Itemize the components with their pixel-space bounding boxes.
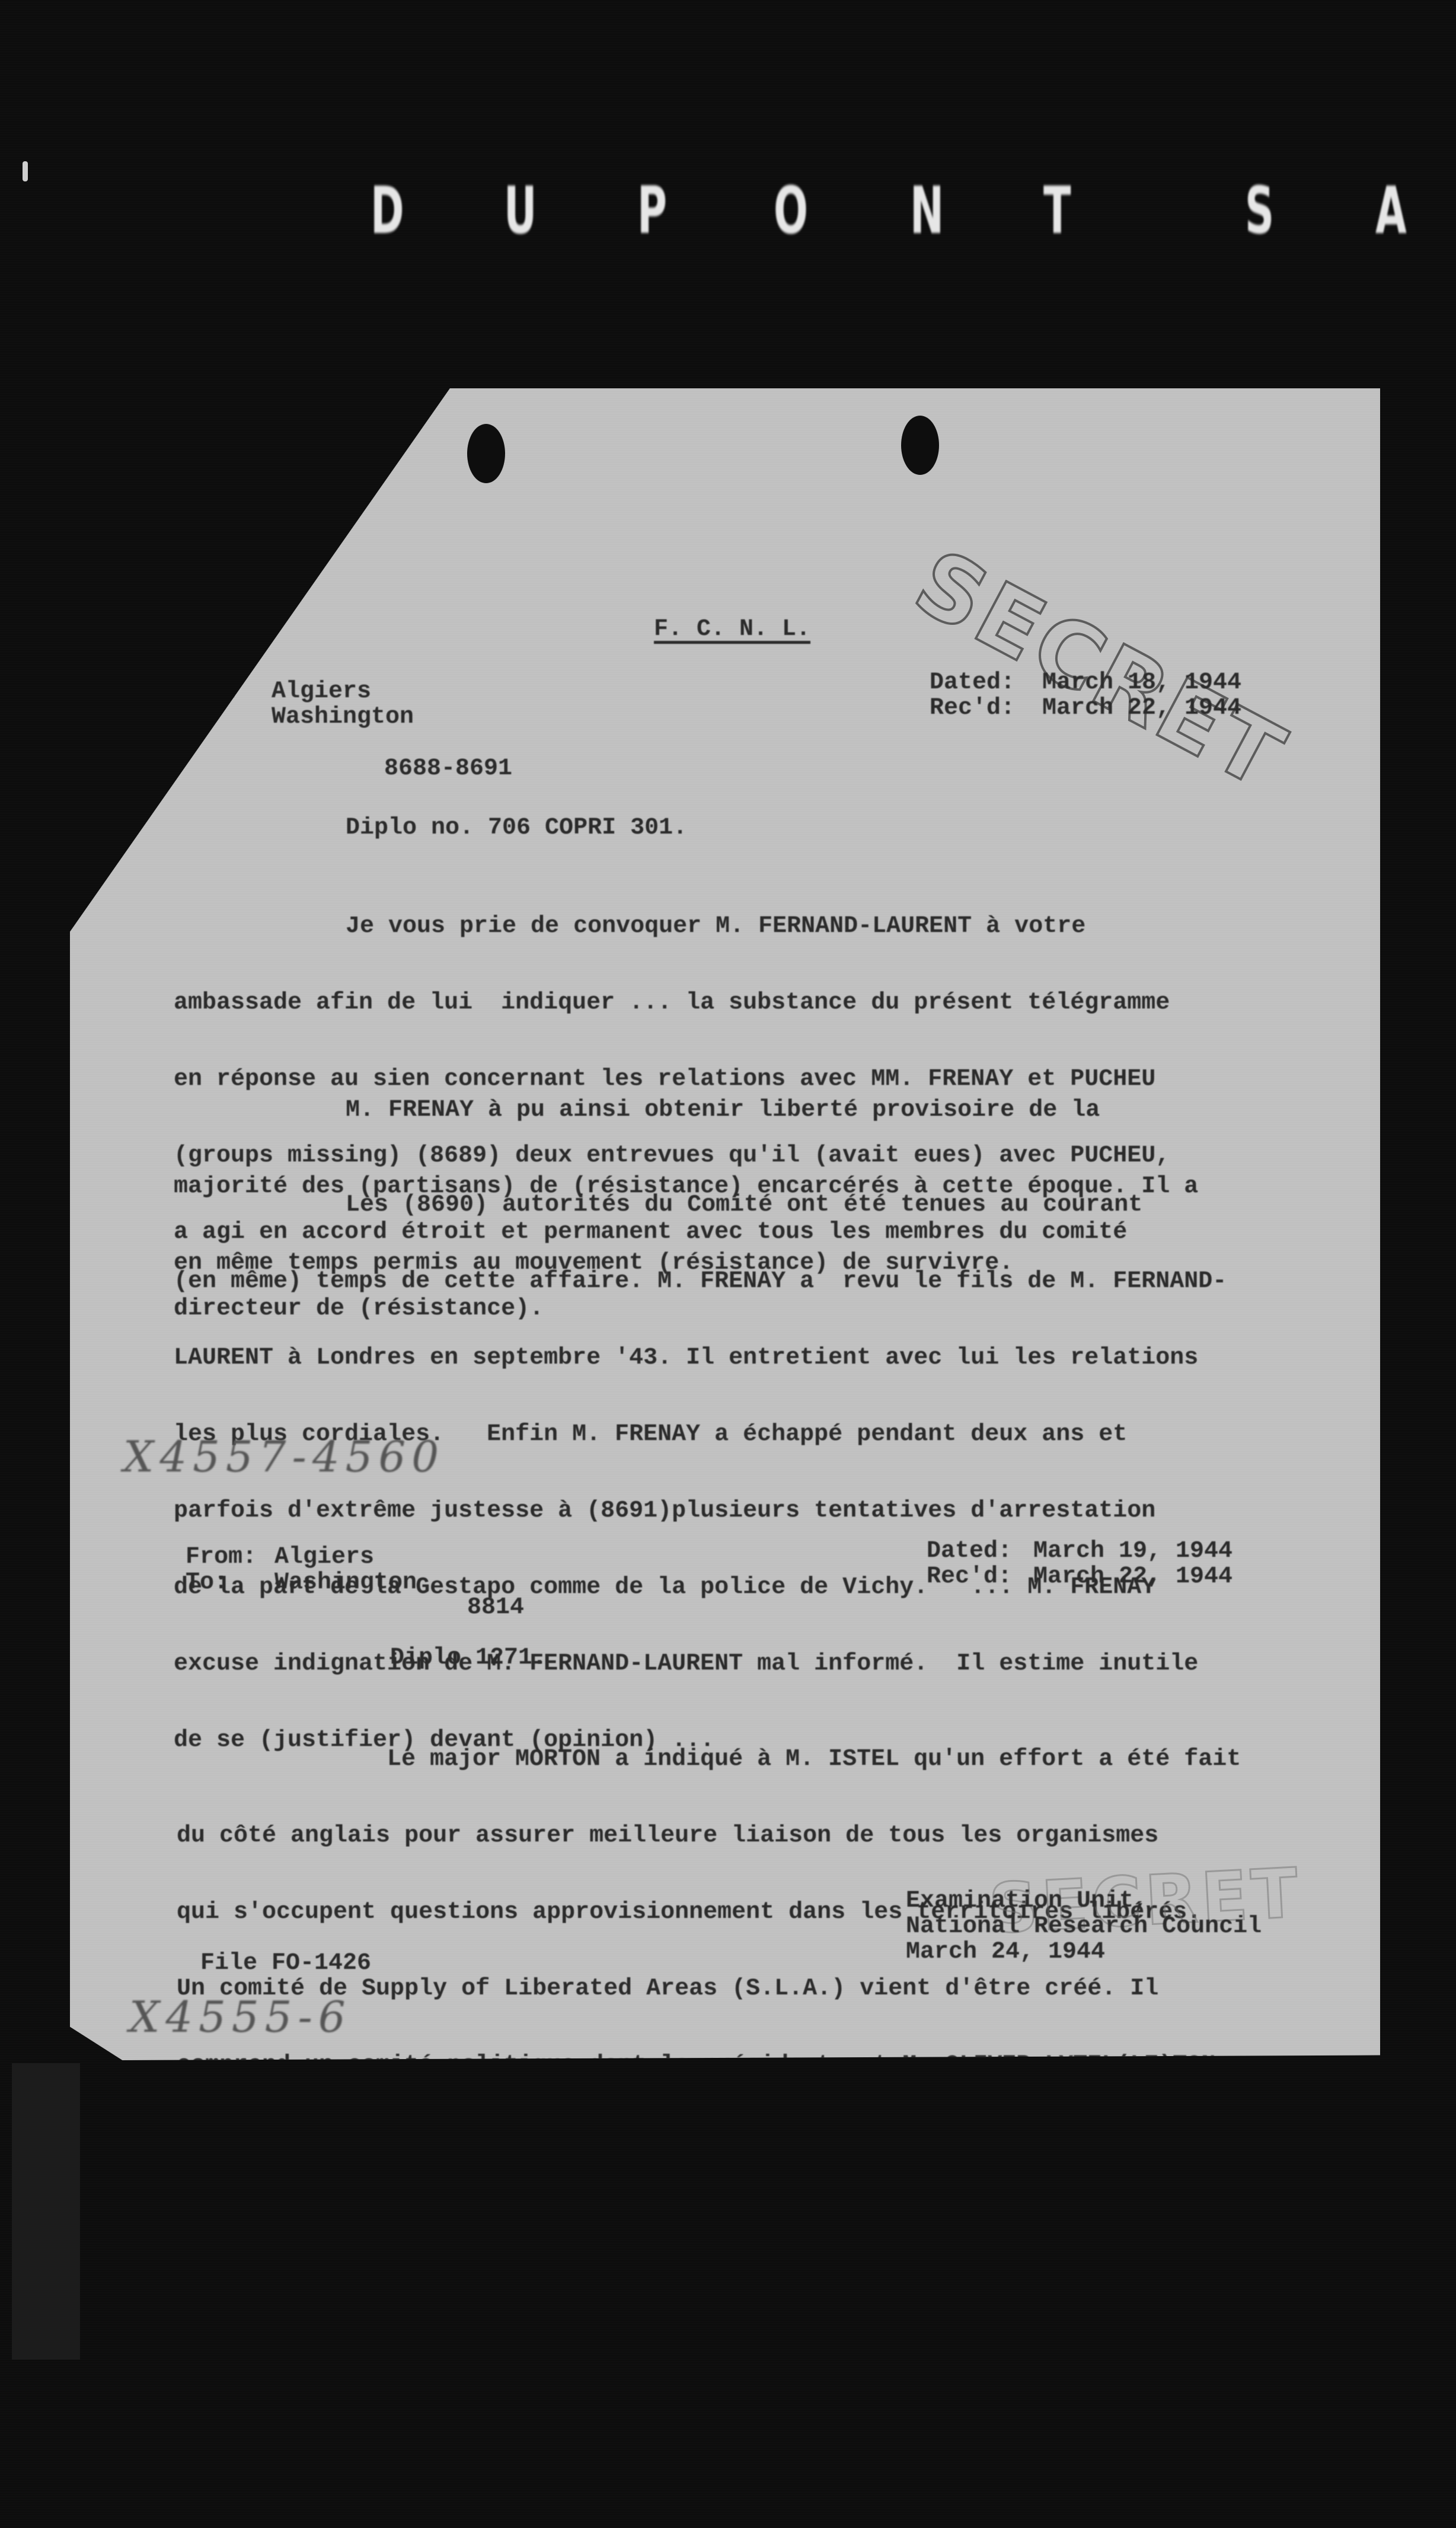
file-reference: File FO-1426 bbox=[200, 1951, 371, 1976]
recd-label: Rec'd: bbox=[930, 695, 1015, 721]
handwritten-note: X4557-4560 bbox=[123, 1432, 445, 1482]
film-header-letter: N bbox=[910, 172, 944, 249]
dated-label: Dated: bbox=[930, 670, 1015, 695]
from-label: From: bbox=[186, 1544, 257, 1570]
dated-label: Dated: bbox=[927, 1538, 1012, 1564]
to-value: Washington bbox=[272, 704, 414, 730]
film-header-letters: D U P O N T S A bbox=[0, 172, 1456, 249]
punch-hole bbox=[901, 416, 939, 475]
signature-line: Examination Unit, bbox=[906, 1888, 1148, 1914]
handwritten-note: X4555-6 bbox=[129, 1992, 352, 2042]
film-edge-strip bbox=[12, 2063, 80, 2360]
recd-label: Rec'd: bbox=[927, 1564, 1012, 1589]
to-label: o: bbox=[189, 704, 217, 730]
document-heading: F. C. N. L. bbox=[654, 617, 810, 642]
recd-value: March 22, 1944 bbox=[1033, 1564, 1233, 1589]
serial-number: 8688-8691 bbox=[384, 756, 512, 781]
film-header-letter: P bbox=[637, 172, 667, 249]
film-header-letter: O bbox=[774, 172, 808, 249]
document-page: SECRET F. C. N. L. rom: Algiers o: Washi… bbox=[70, 388, 1380, 2060]
film-header-letter: D bbox=[371, 172, 404, 249]
serial-number: 8814 bbox=[467, 1595, 524, 1620]
film-header-letter: U bbox=[504, 172, 537, 249]
film-header-letter: A bbox=[1375, 172, 1407, 249]
from-value: Algiers bbox=[274, 1544, 374, 1570]
dated-value: March 19, 1944 bbox=[1033, 1538, 1233, 1564]
to-value: Washington bbox=[274, 1570, 417, 1595]
film-header-letter: T bbox=[1043, 172, 1071, 249]
dated-value: March 18, 1944 bbox=[1042, 670, 1241, 695]
signature-line: National Research Council bbox=[906, 1914, 1262, 1939]
recd-value: March 22, 1944 bbox=[1042, 695, 1241, 721]
to-label: To: bbox=[186, 1570, 228, 1595]
punch-hole bbox=[467, 424, 505, 483]
signature-date: March 24, 1944 bbox=[906, 1939, 1105, 1965]
from-label: rom: bbox=[183, 679, 240, 704]
film-header-letter: S bbox=[1245, 172, 1274, 249]
diplo-reference: Diplo no. 706 COPRI 301. bbox=[346, 815, 687, 841]
message-paragraph: Le major MORTON a indiqué à M. ISTEL qu'… bbox=[177, 1696, 1333, 2282]
diplo-reference: Diplo 1271. bbox=[390, 1645, 547, 1671]
film-speck bbox=[23, 161, 28, 181]
from-value: Algiers bbox=[272, 679, 371, 704]
